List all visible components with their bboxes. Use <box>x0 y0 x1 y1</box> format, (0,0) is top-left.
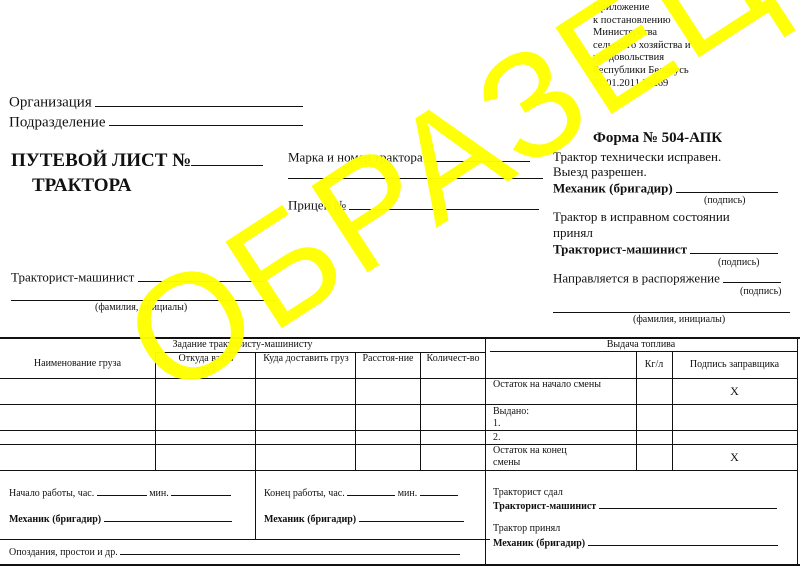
fuel-row-issued-label: Выдано: 1. <box>493 406 533 430</box>
appendix-line: Министерства <box>593 27 691 40</box>
waybill-table: Задание трактористу-машинисту Наименован… <box>0 337 800 565</box>
tech-ok-text: Трактор технически исправен. <box>553 149 721 165</box>
driver-sign-row: Тракторист-машинист <box>553 241 778 258</box>
organization-label: Организация <box>9 95 92 111</box>
fuel-row-start-sign: X <box>672 386 797 397</box>
start-min-label: мин. <box>149 488 169 499</box>
tractor-model-field-line2[interactable] <box>288 178 543 179</box>
start-time-row: Начало работы, час. мин. <box>9 486 231 500</box>
end-minutes-field[interactable] <box>420 486 458 496</box>
column-header-refueler-signature: Подпись заправщика <box>672 359 797 370</box>
fuel-row-issued2-label: 2. <box>493 432 501 444</box>
appendix-line: 01.01.2011 №269 <box>593 78 691 91</box>
column-header-from: Откуда взять груз <box>175 353 237 375</box>
subdivision-label: Подразделение <box>9 114 106 130</box>
directed-signature-field[interactable] <box>723 270 781 283</box>
handover-mechanic-signature-field[interactable] <box>588 536 778 546</box>
accepted-text: принял <box>553 225 593 241</box>
driver-name-line[interactable] <box>11 300 276 301</box>
delays-label: Опоздания, простои и др. <box>9 547 118 558</box>
start-time-label: Начало работы, час. <box>9 488 94 499</box>
title-subtitle: ТРАКТОРА <box>11 173 263 198</box>
directed-label: Направляется в распоряжение <box>553 271 720 286</box>
column-header-kg-l: Кг/л <box>636 359 672 370</box>
start-mechanic-signature-field[interactable] <box>104 512 232 522</box>
column-header-to: Куда доставить груз <box>262 353 350 364</box>
start-mechanic-row: Механик (бригадир) <box>9 512 232 526</box>
signature-caption: (подпись) <box>704 195 746 206</box>
end-time-row: Конец работы, час. мин. <box>264 486 458 500</box>
end-mechanic-row: Механик (бригадир) <box>264 512 464 526</box>
appendix-line: сельского хозяйства и <box>593 40 691 53</box>
organization-block: Организация Подразделение <box>9 92 303 131</box>
exit-allowed-text: Выезд разрешен. <box>553 164 647 180</box>
appendix-line: продовольствия <box>593 52 691 65</box>
driver-row: Тракторист-машинист <box>11 269 264 286</box>
appendix-line: к постановлению <box>593 15 691 28</box>
good-condition-text: Трактор в исправном состоянии <box>553 209 730 225</box>
appendix-note: Приложение к постановлению Министерства … <box>593 2 691 90</box>
tractor-model-row: Марка и номер трактора <box>288 149 530 166</box>
form-number: Форма № 504-АПК <box>593 130 722 147</box>
driver-signature-field[interactable] <box>690 241 778 254</box>
column-header-distance: Расстоя-ние <box>362 353 414 364</box>
start-minutes-field[interactable] <box>171 486 231 496</box>
organization-field[interactable] <box>95 92 303 107</box>
mechanic-signature-field[interactable] <box>676 180 778 193</box>
appendix-line: Приложение <box>593 2 691 15</box>
delays-field[interactable] <box>120 545 460 555</box>
trailer-label: Прицеп № <box>288 198 346 213</box>
appendix-line: Республики Беларусь <box>593 65 691 78</box>
mechanic-label: Механик (бригадир) <box>264 514 356 525</box>
driver-sign-label: Тракторист-машинист <box>553 242 687 257</box>
tractor-accepted-label: Трактор принял <box>493 523 560 535</box>
handover-driver-row: Тракторист-машинист <box>493 499 777 513</box>
fuel-row-end-sign: X <box>672 452 797 463</box>
subdivision-field[interactable] <box>109 112 303 127</box>
end-min-label: мин. <box>398 488 418 499</box>
handover-mechanic-row: Механик (бригадир) <box>493 536 778 550</box>
column-header-cargo: Наименование груза <box>0 358 155 369</box>
mechanic-label: Механик (бригадир) <box>493 538 585 549</box>
fuel-row-end-label: Остаток на конец смены <box>493 445 593 469</box>
directed-name-line[interactable] <box>553 312 790 313</box>
column-header-quantity: Количест-во <box>425 353 481 364</box>
driver-label: Тракторист-машинист <box>493 501 596 512</box>
driver-label: Тракторист-машинист <box>11 270 134 285</box>
end-mechanic-signature-field[interactable] <box>359 512 464 522</box>
tractor-model-label: Марка и номер трактора <box>288 150 423 165</box>
start-hours-field[interactable] <box>97 486 147 496</box>
fuel-row-start-label: Остаток на начало смены <box>493 379 633 391</box>
driver-field[interactable] <box>138 269 264 282</box>
trailer-field[interactable] <box>349 197 539 210</box>
delays-row: Опоздания, простои и др. <box>9 545 460 559</box>
signature-caption: (подпись) <box>740 286 782 297</box>
mechanic-label: Механик (бригадир) <box>553 181 673 196</box>
trailer-row: Прицеп № <box>288 197 539 214</box>
signature-caption: (подпись) <box>718 257 760 268</box>
tractor-model-field[interactable] <box>426 149 530 162</box>
driver-name-caption: (фамилия, инициалы) <box>95 302 187 313</box>
mechanic-label: Механик (бригадир) <box>9 514 101 525</box>
end-time-label: Конец работы, час. <box>264 488 345 499</box>
end-hours-field[interactable] <box>347 486 395 496</box>
waybill-number-field[interactable] <box>191 147 263 166</box>
task-table-title: Задание трактористу-машинисту <box>0 339 485 350</box>
title-text: ПУТЕВОЙ ЛИСТ № <box>11 150 191 171</box>
handed-over-label: Тракторист сдал <box>493 487 563 499</box>
directed-name-caption: (фамилия, инициалы) <box>633 314 725 325</box>
handover-driver-signature-field[interactable] <box>599 499 777 509</box>
fuel-table-title: Выдача топлива <box>485 339 797 350</box>
page-title: ПУТЕВОЙ ЛИСТ № ТРАКТОРА <box>11 147 263 198</box>
directed-row: Направляется в распоряжение <box>553 270 781 287</box>
